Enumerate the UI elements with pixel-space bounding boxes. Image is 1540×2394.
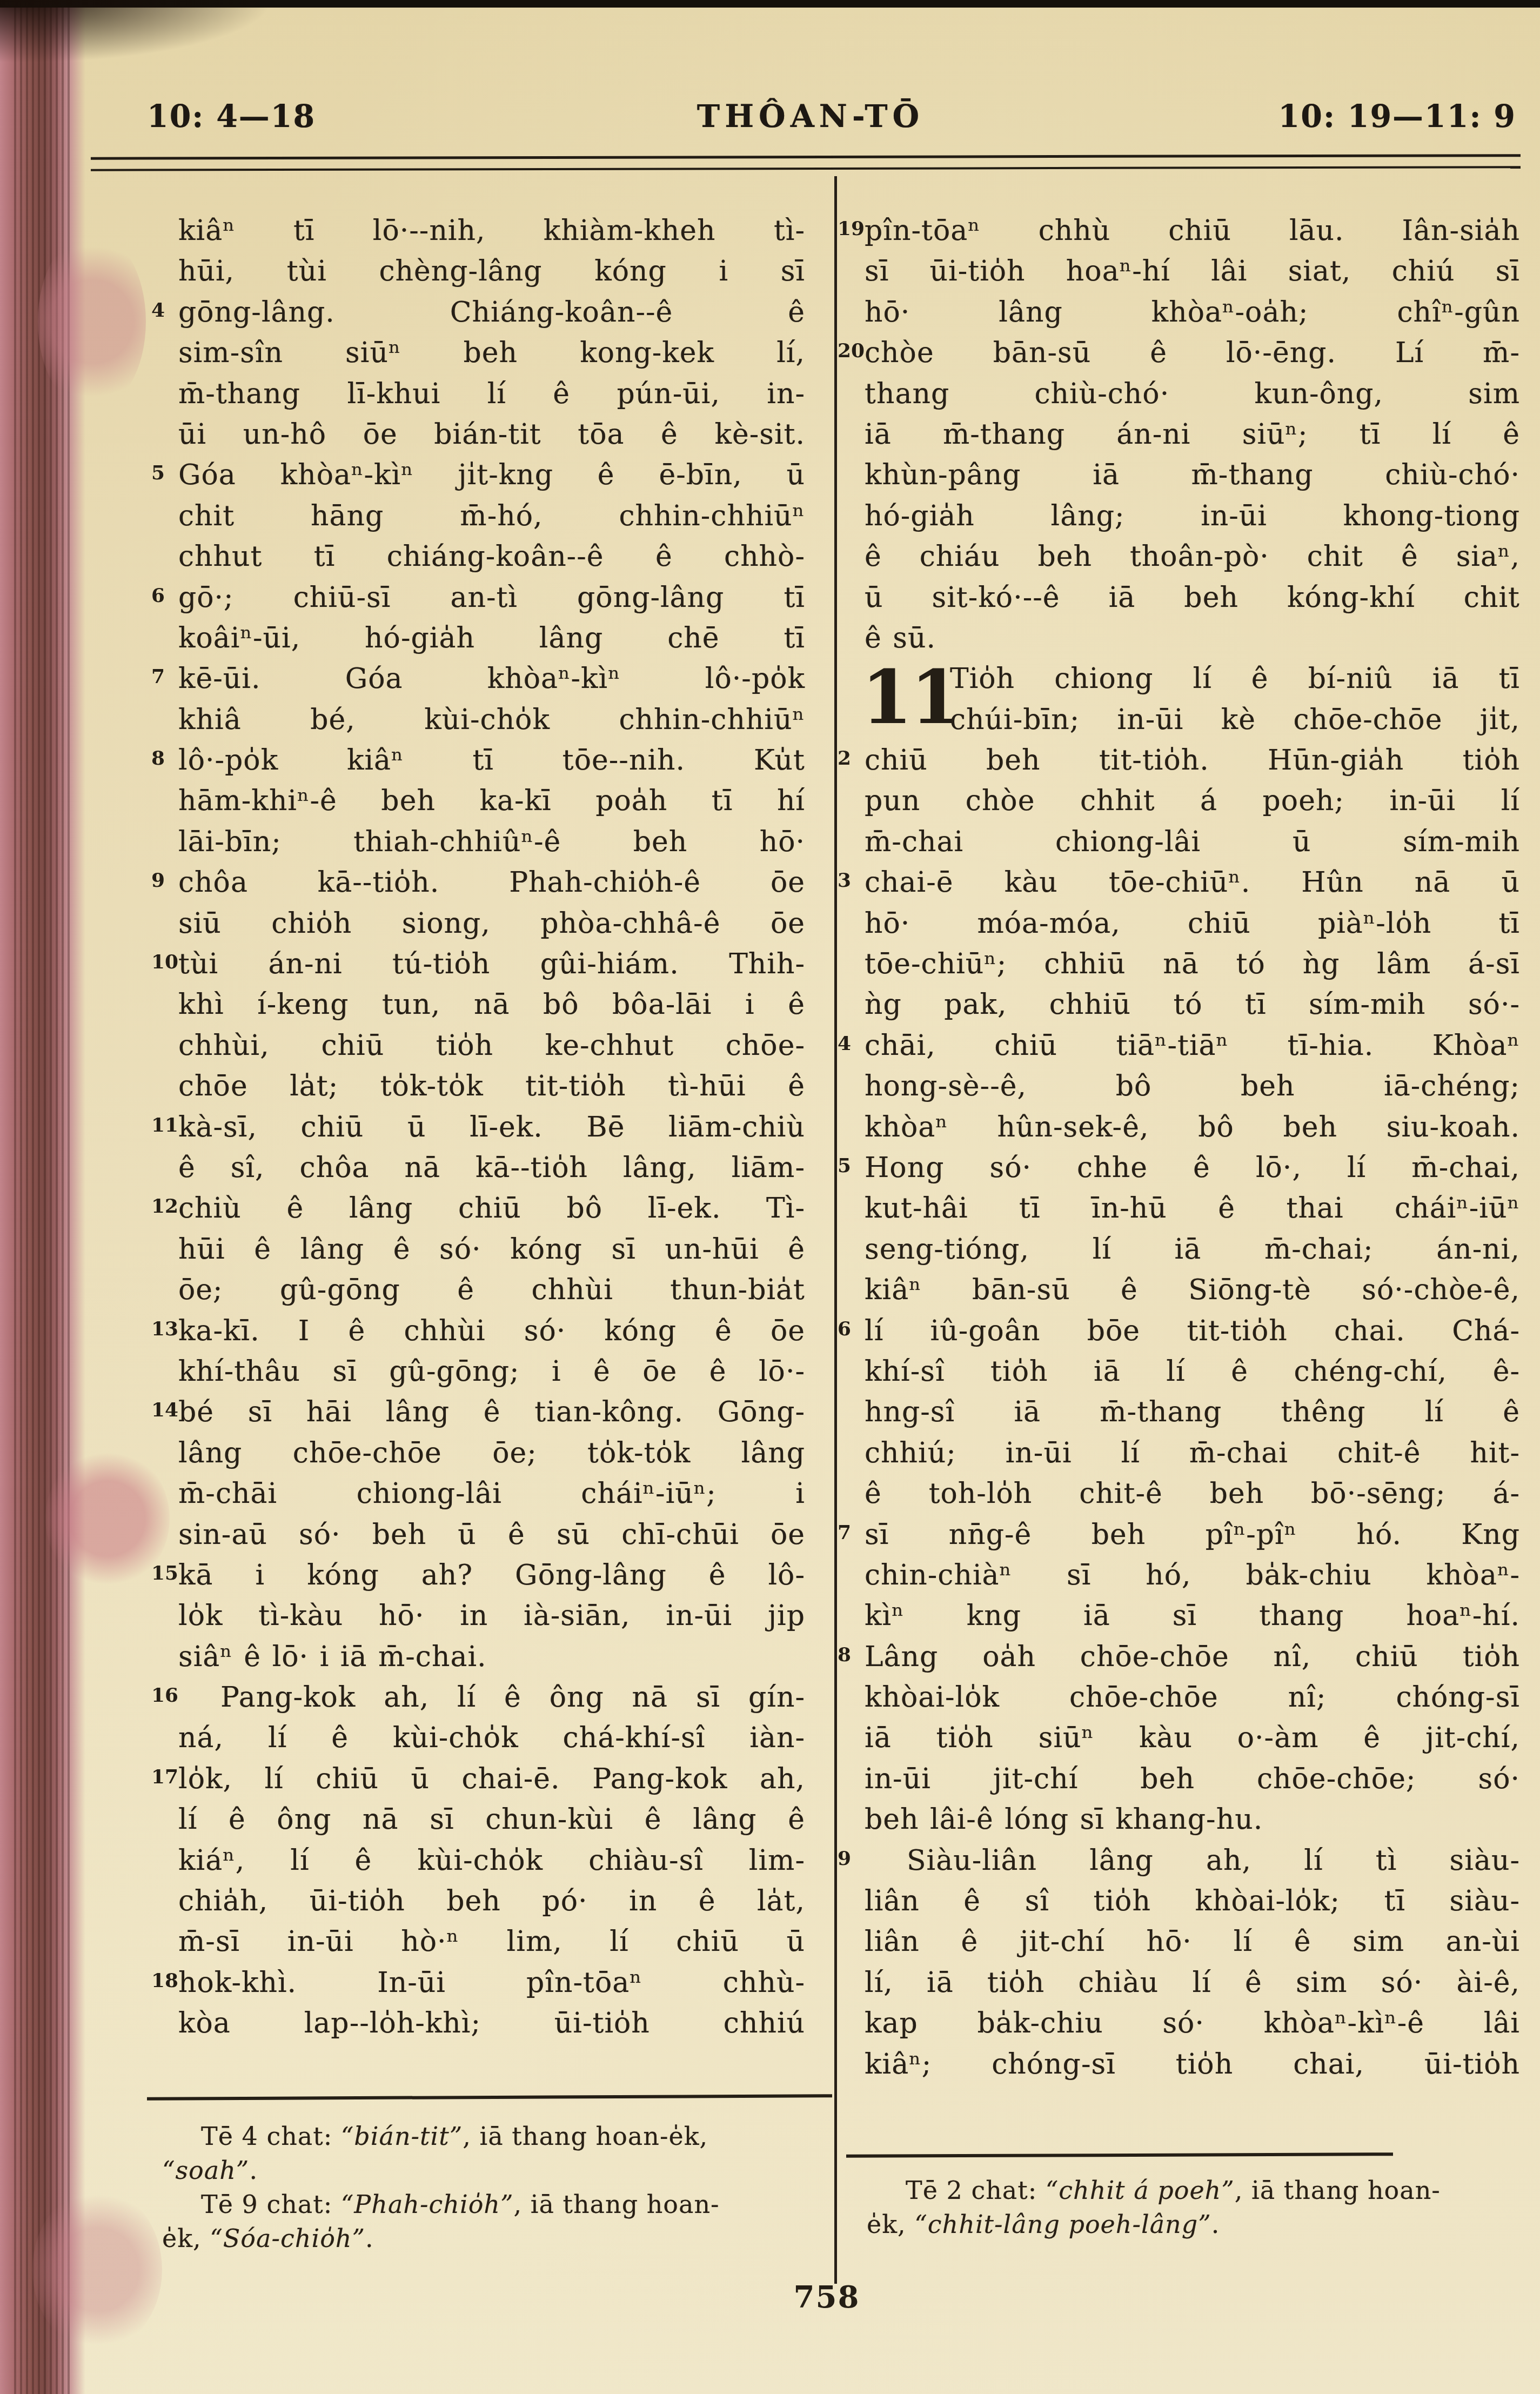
footnote-term: “chhit á poeh” (1046, 2176, 1235, 2205)
text-line: kap ba̍k-chiu só· khòaⁿ-kìⁿ-ê lâi (865, 2003, 1520, 2044)
text-line: lí, iā tio̍h chiàu lí ê sim só· ài-ê, (865, 1963, 1520, 2003)
footnote-text: e̍k, (162, 2224, 210, 2253)
line-text: chúi-bīn; in-ūi kè chōe-chōe ji̍t, (865, 700, 1520, 740)
line-text: seng-tióng, lí iā m̄-chai; án-ni, (865, 1229, 1520, 1270)
line-text: iā m̄-thang án-ni siūⁿ; tī lí ê (865, 414, 1520, 455)
line-text: chōe la̍t; to̍k-to̍k tit-tio̍h tì-hūi ê (178, 1066, 805, 1107)
line-text: hō· móa-móa, chiū piàⁿ-lo̍h tī (865, 904, 1520, 944)
verse-number: 2 (838, 747, 851, 770)
line-text: Pang-kok ah, lí ê ông nā sī gín- (178, 1677, 805, 1718)
text-line: siâⁿ ê lō· i iā m̄-chai. (178, 1637, 805, 1677)
footnote-text: . (365, 2224, 374, 2253)
line-text: ê chiáu beh thoân-pò· chit ê siaⁿ, (865, 537, 1520, 577)
text-line: siū chio̍h siong, phòa-chhâ-ê ōe (178, 904, 805, 944)
text-line: ǹg pak, chhiū tó tī sím-mih só·- (865, 985, 1520, 1025)
footnote-line: e̍k, “chhit-lâng poeh-lâng”. (867, 2208, 1515, 2242)
line-text: sī nn̄g-ê beh pîⁿ-pîⁿ hó. Kng (865, 1515, 1520, 1555)
text-line: 11Tio̍h chiong lí ê bí-niû iā tī (865, 659, 1520, 699)
line-text: khòaⁿ hûn-sek-ê, bô beh siu-koah. (865, 1107, 1520, 1148)
red-dye-stain (38, 232, 146, 411)
line-text: chhùi, chiū tio̍h ke-chhut chōe- (178, 1026, 805, 1066)
text-line: khì í-keng tun, nā bô bôa-lāi i ê (178, 985, 805, 1025)
text-line: 5Hong só· chhe ê lō·, lí m̄-chai, (865, 1148, 1520, 1188)
footnote-line: Tē 9 chat: “Phah-chio̍h”, iā thang hoan- (162, 2188, 811, 2222)
verse-number: 5 (151, 462, 165, 484)
text-line: kiâⁿ; chóng-sī tio̍h chai, ūi-tio̍h (865, 2044, 1520, 2085)
verse-number: 6 (151, 584, 165, 607)
text-line: hō· lâng khòaⁿ-oa̍h; chîⁿ-gûn (865, 292, 1520, 333)
text-line: ê sî, chôa nā kā--tio̍h lâng, liām- (178, 1148, 805, 1188)
column-left: kiâⁿ tī lō·--nih, khiàm-kheh tì-hūi, tùi… (178, 211, 805, 2044)
verse-number: 13 (151, 1318, 178, 1340)
line-text: hām-khiⁿ-ê beh ka-kī poa̍h tī hí (178, 781, 805, 821)
text-line: liân ê sî tio̍h khòai-lo̍k; tī siàu- (865, 1881, 1520, 1922)
line-text: ōe; gû-gōng ê chhùi thun-bia̍t (178, 1270, 805, 1310)
line-text: Siàu-liân lâng ah, lí tì siàu- (865, 1841, 1520, 1881)
text-line: in-ūi jit-chí beh chōe-chōe; só· (865, 1759, 1520, 1800)
line-text: kiâⁿ bān-sū ê Siōng-tè só·-chòe-ê, (865, 1270, 1520, 1310)
text-line: 18hok-khì. In-ūi pîn-tōaⁿ chhù- (178, 1963, 805, 2003)
footnote-text: e̍k, (867, 2210, 914, 2239)
line-text: chhut tī chiáng-koân--ê ê chhò- (178, 537, 805, 577)
column-right-lines: 19pîn-tōaⁿ chhù chiū lāu. Iân-sia̍hsī ūi… (865, 211, 1520, 2085)
text-line: 12chiù ê lâng chiū bô lī-ek. Tì- (178, 1188, 805, 1229)
line-text: Lâng oa̍h chōe-chōe nî, chiū tio̍h (865, 1637, 1520, 1677)
footnote-line: e̍k, “Sóa-chio̍h”. (162, 2222, 811, 2256)
text-line: 8Lâng oa̍h chōe-chōe nî, chiū tio̍h (865, 1637, 1520, 1677)
column-left-lines: kiâⁿ tī lō·--nih, khiàm-kheh tì-hūi, tùi… (178, 211, 805, 2044)
line-text: hūi, tùi chèng-lâng kóng i sī (178, 251, 805, 292)
line-text: ê toh-lo̍h chit-ê beh bō·-sēng; á- (865, 1474, 1520, 1514)
line-text: in-ūi jit-chí beh chōe-chōe; só· (865, 1759, 1520, 1800)
line-text: khùn-pâng iā m̄-thang chiù-chó· (865, 455, 1520, 496)
text-line: hong-sè--ê, bô beh iā-chéng; (865, 1066, 1520, 1107)
line-text: ūi un-hô ōe bián-tit tōa ê kè-sit. (178, 414, 805, 455)
line-text: kiâⁿ; chóng-sī tio̍h chai, ūi-tio̍h (865, 2044, 1520, 2085)
text-line: chhiú; in-ūi lí m̄-chai chit-ê hit- (865, 1433, 1520, 1474)
text-line: pun chòe chhit á poeh; in-ūi lí (865, 781, 1520, 821)
line-text: ná, lí ê kùi-cho̍k chá-khí-sî iàn- (178, 1718, 805, 1758)
text-line: ê sū. (865, 618, 1520, 659)
footnote-term: “Sóa-chio̍h” (210, 2224, 365, 2253)
line-text: kā i kóng ah? Gōng-lâng ê lô- (178, 1555, 805, 1596)
line-text: khiâ bé, kùi-cho̍k chhin-chhiūⁿ (178, 700, 805, 740)
verse-number: 9 (838, 1847, 851, 1870)
verse-number: 18 (151, 1969, 178, 1992)
footnote-term: “chhit-lâng poeh-lâng” (914, 2210, 1211, 2239)
text-line: hō· móa-móa, chiū piàⁿ-lo̍h tī (865, 904, 1520, 944)
text-line: 17lo̍k, lí chiū ū chai-ē. Pang-kok ah, (178, 1759, 805, 1800)
text-line: khiâ bé, kùi-cho̍k chhin-chhiūⁿ (178, 700, 805, 740)
verse-number: 9 (151, 869, 165, 892)
text-line: iā tio̍h siūⁿ kàu o·-àm ê jit-chí, (865, 1718, 1520, 1758)
text-line: 6gō·; chiū-sī an-tì gōng-lâng tī (178, 578, 805, 618)
text-line: koâiⁿ-ūi, hó-gia̍h lâng chē tī (178, 618, 805, 659)
line-text: ǹg pak, chhiū tó tī sím-mih só·- (865, 985, 1520, 1025)
text-line: kiáⁿ, lí ê kùi-cho̍k chiàu-sî lim- (178, 1841, 805, 1881)
text-line: chhut tī chiáng-koân--ê ê chhò- (178, 537, 805, 577)
line-text: Tio̍h chiong lí ê bí-niû iā tī (865, 659, 1520, 699)
header-right-reference: 10: 19—11: 9 (1278, 95, 1516, 138)
text-line: hūi, tùi chèng-lâng kóng i sī (178, 251, 805, 292)
line-text: kà-sī, chiū ū lī-ek. Bē liām-chiù (178, 1107, 805, 1148)
line-text: thang chiù-chó· kun-ông, sim (865, 374, 1520, 414)
line-text: chin-chiàⁿ sī hó, ba̍k-chiu khòaⁿ- (865, 1555, 1520, 1596)
text-line: chúi-bīn; in-ūi kè chōe-chōe ji̍t, (865, 700, 1520, 740)
text-line: 9chôa kā--tio̍h. Phah-chio̍h-ê ōe (178, 862, 805, 903)
text-line: khí-sî tio̍h iā lí ê chéng-chí, ê- (865, 1352, 1520, 1392)
text-line: sin-aū só· beh ū ê sū chī-chūi ōe (178, 1515, 805, 1555)
text-line: hūi ê lâng ê só· kóng sī un-hūi ê (178, 1229, 805, 1270)
verse-number: 4 (151, 299, 165, 322)
text-line: khòai-lo̍k chōe-chōe nî; chóng-sī (865, 1677, 1520, 1718)
line-text: tōe-chiūⁿ; chhiū nā tó ǹg lâm á-sī (865, 944, 1520, 985)
text-line: 15kā i kóng ah? Gōng-lâng ê lô- (178, 1555, 805, 1596)
column-divider-rule (834, 176, 837, 2284)
text-line: chin-chiàⁿ sī hó, ba̍k-chiu khòaⁿ- (865, 1555, 1520, 1596)
line-text: hok-khì. In-ūi pîn-tōaⁿ chhù- (178, 1963, 805, 2003)
text-line: 10tùi án-ni tú-tio̍h gûi-hiám. Thih- (178, 944, 805, 985)
text-line: khí-thâu sī gû-gōng; i ê ōe ê lō·- (178, 1352, 805, 1392)
text-line: hng-sî iā m̄-thang thêng lí ê (865, 1392, 1520, 1433)
text-line: 2chiū beh tit-tio̍h. Hūn-gia̍h tio̍h (865, 740, 1520, 781)
footnote-text: , iā thang hoan- (1235, 2176, 1441, 2205)
line-text: hó-gia̍h lâng; in-ūi khong-tiong (865, 496, 1520, 537)
line-text: khòai-lo̍k chōe-chōe nî; chóng-sī (865, 1677, 1520, 1718)
text-line: sī ūi-tio̍h hoaⁿ-hí lâi siat, chiú sī (865, 251, 1520, 292)
line-text: kìⁿ kng iā sī thang hoaⁿ-hí. (865, 1596, 1520, 1636)
footnotes-right: Tē 2 chat: “chhit á poeh”, iā thang hoan… (867, 2174, 1515, 2242)
verse-number: 8 (151, 747, 165, 770)
line-text: lô·-po̍k kiâⁿ tī tōe--nih. Ku̍t (178, 740, 805, 781)
verse-number: 4 (838, 1032, 851, 1055)
footnote-text: . (249, 2156, 258, 2185)
footnote-text: Tē 9 chat: (201, 2190, 341, 2219)
text-line: 14bé sī hāi lâng ê tian-kông. Gōng- (178, 1392, 805, 1433)
text-line: tōe-chiūⁿ; chhiū nā tó ǹg lâm á-sī (865, 944, 1520, 985)
line-text: chôa kā--tio̍h. Phah-chio̍h-ê ōe (178, 862, 805, 903)
text-line: 4chāi, chiū tiāⁿ-tiāⁿ tī-hia. Khòaⁿ (865, 1026, 1520, 1066)
verse-number: 5 (838, 1154, 851, 1177)
text-line: m̄-sī in-ūi hò·ⁿ lim, lí chiū ū (178, 1922, 805, 1962)
line-text: liân ê jit-chí hō· lí ê sim an-ùi (865, 1922, 1520, 1962)
line-text: siâⁿ ê lō· i iā m̄-chai. (178, 1637, 805, 1677)
line-text: chai-ē kàu tōe-chiūⁿ. Hûn nā ū (865, 862, 1520, 903)
line-text: chāi, chiū tiāⁿ-tiāⁿ tī-hia. Khòaⁿ (865, 1026, 1520, 1066)
line-text: kiâⁿ tī lō·--nih, khiàm-kheh tì- (178, 211, 805, 251)
footnote-line: “soah”. (162, 2154, 811, 2188)
line-text: sin-aū só· beh ū ê sū chī-chūi ōe (178, 1515, 805, 1555)
line-text: hng-sî iā m̄-thang thêng lí ê (865, 1392, 1520, 1433)
text-line: 19pîn-tōaⁿ chhù chiū lāu. Iân-sia̍h (865, 211, 1520, 251)
footnote-term: “Phah-chio̍h” (341, 2190, 514, 2219)
line-text: ê sū. (865, 618, 1520, 659)
red-dye-stain (32, 2189, 162, 2351)
line-text: hūi ê lâng ê só· kóng sī un-hūi ê (178, 1229, 805, 1270)
verse-number: 16 (151, 1684, 178, 1707)
line-text: chiū beh tit-tio̍h. Hūn-gia̍h tio̍h (865, 740, 1520, 781)
line-text: m̄-chai chiong-lâi ū sím-mih (865, 822, 1520, 862)
line-text: Hong só· chhe ê lō·, lí m̄-chai, (865, 1148, 1520, 1188)
line-text: hong-sè--ê, bô beh iā-chéng; (865, 1066, 1520, 1107)
footnotes-left: Tē 4 chat: “bián-tit”, iā thang hoan-e̍k… (162, 2119, 811, 2256)
footnote-text: Tē 2 chat: (906, 2176, 1046, 2205)
text-line: chia̍h, ūi-tio̍h beh pó· in ê la̍t, (178, 1881, 805, 1922)
text-line: seng-tióng, lí iā m̄-chai; án-ni, (865, 1229, 1520, 1270)
text-line: 11kà-sī, chiū ū lī-ek. Bē liām-chiù (178, 1107, 805, 1148)
line-text: siū chio̍h siong, phòa-chhâ-ê ōe (178, 904, 805, 944)
text-line: 16Pang-kok ah, lí ê ông nā sī gín- (178, 1677, 805, 1718)
footnote-text: , iā thang hoan- (513, 2190, 719, 2219)
text-line: chhùi, chiū tio̍h ke-chhut chōe- (178, 1026, 805, 1066)
verse-number: 19 (838, 217, 865, 240)
verse-number: 6 (838, 1318, 851, 1340)
text-line: ê chiáu beh thoân-pò· chit ê siaⁿ, (865, 537, 1520, 577)
line-text: chiù ê lâng chiū bô lī-ek. Tì- (178, 1188, 805, 1229)
text-line: lâng chōe-chōe ōe; to̍k-to̍k lâng (178, 1433, 805, 1474)
footnote-line: Tē 4 chat: “bián-tit”, iā thang hoan-e̍k… (162, 2119, 811, 2154)
line-text: khì í-keng tun, nā bô bôa-lāi i ê (178, 985, 805, 1025)
text-line: 9Siàu-liân lâng ah, lí tì siàu- (865, 1841, 1520, 1881)
line-text: pîn-tōaⁿ chhù chiū lāu. Iân-sia̍h (865, 211, 1520, 251)
text-line: 20chòe bān-sū ê lō·-ēng. Lí m̄- (865, 333, 1520, 373)
footnote-term: “bián-tit” (341, 2122, 463, 2151)
text-line: 7kē-ūi. Góa khòaⁿ-kìⁿ lô·-po̍k (178, 659, 805, 699)
line-text: koâiⁿ-ūi, hó-gia̍h lâng chē tī (178, 618, 805, 659)
text-line: ná, lí ê kùi-cho̍k chá-khí-sî iàn- (178, 1718, 805, 1758)
line-text: lo̍k, lí chiū ū chai-ē. Pang-kok ah, (178, 1759, 805, 1800)
footnote-text: , iā thang hoan-e̍k, (463, 2122, 708, 2151)
line-text: m̄-sī in-ūi hò·ⁿ lim, lí chiū ū (178, 1922, 805, 1962)
line-text: m̄-chāi chiong-lâi cháiⁿ-iūⁿ; i (178, 1474, 805, 1514)
text-line: ê toh-lo̍h chit-ê beh bō·-sēng; á- (865, 1474, 1520, 1514)
line-text: ka-kī. I ê chhùi só· kóng ê ōe (178, 1311, 805, 1352)
text-line: ū sit-kó·--ê iā beh kóng-khí chit (865, 578, 1520, 618)
line-text: lāi-bīn; thiah-chhiûⁿ-ê beh hō· (178, 822, 805, 862)
line-text: gōng-lâng. Chiáng-koân--ê ê (178, 292, 805, 333)
text-line: m̄-chāi chiong-lâi cháiⁿ-iūⁿ; i (178, 1474, 805, 1514)
line-text: chia̍h, ūi-tio̍h beh pó· in ê la̍t, (178, 1881, 805, 1922)
line-text: kòa lap--lo̍h-khì; ūi-tio̍h chhiú (178, 2003, 805, 2044)
text-line: 6lí iû-goân bōe tit-tio̍h chai. Chá- (865, 1311, 1520, 1352)
line-text: bé sī hāi lâng ê tian-kông. Gōng- (178, 1392, 805, 1433)
line-text: beh lâi-ê lóng sī khang-hu. (865, 1800, 1520, 1840)
line-text: hō· lâng khòaⁿ-oa̍h; chîⁿ-gûn (865, 292, 1520, 333)
text-line: liân ê jit-chí hō· lí ê sim an-ùi (865, 1922, 1520, 1962)
footnote-term: “soah” (162, 2156, 249, 2185)
verse-number: 3 (838, 869, 851, 892)
text-line: 4gōng-lâng. Chiáng-koân--ê ê (178, 292, 805, 333)
line-text: gō·; chiū-sī an-tì gōng-lâng tī (178, 578, 805, 618)
text-line: lí ê ông nā sī chun-kùi ê lâng ê (178, 1800, 805, 1840)
line-text: kē-ūi. Góa khòaⁿ-kìⁿ lô·-po̍k (178, 659, 805, 699)
line-text: lí, iā tio̍h chiàu lí ê sim só· ài-ê, (865, 1963, 1520, 2003)
text-line: beh lâi-ê lóng sī khang-hu. (865, 1800, 1520, 1840)
verse-number: 7 (838, 1521, 851, 1544)
text-line: 5Góa khòaⁿ-kìⁿ ji̍t-kng ê ē-bīn, ū (178, 455, 805, 496)
verse-number: 12 (151, 1195, 178, 1218)
line-text: Góa khòaⁿ-kìⁿ ji̍t-kng ê ē-bīn, ū (178, 455, 805, 496)
line-text: iā tio̍h siūⁿ kàu o·-àm ê jit-chí, (865, 1718, 1520, 1758)
text-line: kut-hâi tī īn-hū ê thai cháiⁿ-iūⁿ (865, 1188, 1520, 1229)
line-text: lo̍k tì-kàu hō· in ià-siān, in-ūi jip (178, 1596, 805, 1636)
text-line: ūi un-hô ōe bián-tit tōa ê kè-sit. (178, 414, 805, 455)
book-corner-shadow (0, 0, 281, 65)
text-line: m̄-chai chiong-lâi ū sím-mih (865, 822, 1520, 862)
text-line: 8lô·-po̍k kiâⁿ tī tōe--nih. Ku̍t (178, 740, 805, 781)
text-line: thang chiù-chó· kun-ông, sim (865, 374, 1520, 414)
line-text: khí-sî tio̍h iā lí ê chéng-chí, ê- (865, 1352, 1520, 1392)
verse-number: 8 (838, 1643, 851, 1666)
line-text: chit hāng m̄-hó, chhin-chhiūⁿ (178, 496, 805, 537)
footnote-line: Tē 2 chat: “chhit á poeh”, iā thang hoan… (867, 2174, 1515, 2208)
text-line: hām-khiⁿ-ê beh ka-kī poa̍h tī hí (178, 781, 805, 821)
text-line: sim-sîn siūⁿ beh kong-kek lí, (178, 333, 805, 373)
text-line: lo̍k tì-kàu hō· in ià-siān, in-ūi jip (178, 1596, 805, 1636)
text-line: kìⁿ kng iā sī thang hoaⁿ-hí. (865, 1596, 1520, 1636)
line-text: khí-thâu sī gû-gōng; i ê ōe ê lō·- (178, 1352, 805, 1392)
text-line: khòaⁿ hûn-sek-ê, bô beh siu-koah. (865, 1107, 1520, 1148)
text-line: chōe la̍t; to̍k-to̍k tit-tio̍h tì-hūi ê (178, 1066, 805, 1107)
line-text: chòe bān-sū ê lō·-ēng. Lí m̄- (865, 333, 1520, 373)
line-text: ê sî, chôa nā kā--tio̍h lâng, liām- (178, 1148, 805, 1188)
line-text: kut-hâi tī īn-hū ê thai cháiⁿ-iūⁿ (865, 1188, 1520, 1229)
text-line: chit hāng m̄-hó, chhin-chhiūⁿ (178, 496, 805, 537)
line-text: kiáⁿ, lí ê kùi-cho̍k chiàu-sî lim- (178, 1841, 805, 1881)
text-line: kiâⁿ tī lō·--nih, khiàm-kheh tì- (178, 211, 805, 251)
page-number: 758 (746, 2279, 908, 2315)
text-line: m̄-thang lī-khui lí ê pún-ūi, in- (178, 374, 805, 414)
verse-number: 14 (151, 1399, 178, 1421)
line-text: pun chòe chhit á poeh; in-ūi lí (865, 781, 1520, 821)
column-right: 19pîn-tōaⁿ chhù chiū lāu. Iân-sia̍hsī ūi… (865, 211, 1520, 2085)
text-line: hó-gia̍h lâng; in-ūi khong-tiong (865, 496, 1520, 537)
text-line: lāi-bīn; thiah-chhiûⁿ-ê beh hō· (178, 822, 805, 862)
line-text: liân ê sî tio̍h khòai-lo̍k; tī siàu- (865, 1881, 1520, 1922)
line-text: kap ba̍k-chiu só· khòaⁿ-kìⁿ-ê lâi (865, 2003, 1520, 2044)
text-line: 13ka-kī. I ê chhùi só· kóng ê ōe (178, 1311, 805, 1352)
line-text: ū sit-kó·--ê iā beh kóng-khí chit (865, 578, 1520, 618)
text-line: 7sī nn̄g-ê beh pîⁿ-pîⁿ hó. Kng (865, 1515, 1520, 1555)
footnote-text: . (1211, 2210, 1220, 2239)
header-double-rule (91, 154, 1521, 171)
line-text: tùi án-ni tú-tio̍h gûi-hiám. Thih- (178, 944, 805, 985)
verse-number: 11 (151, 1114, 178, 1136)
verse-number: 10 (151, 951, 178, 973)
verse-number: 7 (151, 665, 165, 688)
text-line: kòa lap--lo̍h-khì; ūi-tio̍h chhiú (178, 2003, 805, 2044)
verse-number: 15 (151, 1562, 178, 1584)
text-line: kiâⁿ bān-sū ê Siōng-tè só·-chòe-ê, (865, 1270, 1520, 1310)
line-text: lí ê ông nā sī chun-kùi ê lâng ê (178, 1800, 805, 1840)
line-text: sī ūi-tio̍h hoaⁿ-hí lâi siat, chiú sī (865, 251, 1520, 292)
verse-number: 17 (151, 1766, 178, 1788)
line-text: lí iû-goân bōe tit-tio̍h chai. Chá- (865, 1311, 1520, 1352)
footnote-text: Tē 4 chat: (201, 2122, 341, 2151)
text-line: iā m̄-thang án-ni siūⁿ; tī lí ê (865, 414, 1520, 455)
line-text: chhiú; in-ūi lí m̄-chai chit-ê hit- (865, 1433, 1520, 1474)
text-line: khùn-pâng iā m̄-thang chiù-chó· (865, 455, 1520, 496)
text-line: ōe; gû-gōng ê chhùi thun-bia̍t (178, 1270, 805, 1310)
line-text: sim-sîn siūⁿ beh kong-kek lí, (178, 333, 805, 373)
line-text: lâng chōe-chōe ōe; to̍k-to̍k lâng (178, 1433, 805, 1474)
verse-number: 20 (838, 339, 865, 362)
text-line: 3chai-ē kàu tōe-chiūⁿ. Hûn nā ū (865, 862, 1520, 903)
scanned-book-page: 10: 4—18 THÔAN-TŌ 10: 19—11: 9 kiâⁿ tī l… (0, 0, 1540, 2394)
line-text: m̄-thang lī-khui lí ê pún-ūi, in- (178, 374, 805, 414)
